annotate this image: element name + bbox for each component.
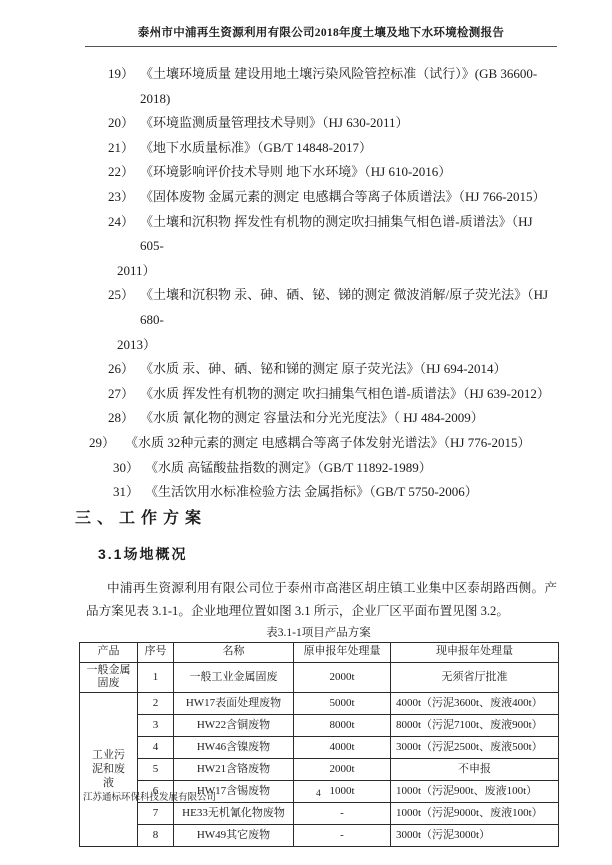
cell-seq: 7 bbox=[138, 803, 174, 825]
header-cell-name: 名称 bbox=[174, 642, 294, 662]
cell-seq: 1 bbox=[138, 662, 174, 693]
item-text: 《土壤环境质量 建设用地土壤污染风险管控标准（试行）》(GB 36600-201… bbox=[140, 62, 558, 111]
page-number: 4 bbox=[316, 789, 321, 799]
section-heading: 三、工作方案 bbox=[75, 509, 612, 529]
header-rule bbox=[85, 46, 557, 47]
item-text-continuation: 2013） bbox=[117, 333, 558, 358]
item-text: 《水质 氰化物的测定 容量法和分光光度法》（ HJ 484-2009） bbox=[140, 406, 558, 431]
reference-item: 25）《土壤和沉积物 汞、砷、硒、铋、锑的测定 微波消解/原子荧光法》（HJ 6… bbox=[86, 283, 558, 357]
item-number: 24） bbox=[108, 210, 140, 259]
cell-seq: 5 bbox=[138, 759, 174, 781]
cell-name: HW22含铜废物 bbox=[174, 715, 294, 737]
item-number: 31） bbox=[113, 480, 145, 505]
cell-orig: 4000t bbox=[294, 737, 391, 759]
cell-current: 不申报 bbox=[391, 759, 559, 781]
reference-item: 23）《固体废物 金属元素的测定 电感耦合等离子体质谱法》（HJ 766-201… bbox=[86, 185, 558, 210]
item-text: 《水质 汞、砷、硒、铋和锑的测定 原子荧光法》（HJ 694-2014） bbox=[140, 357, 558, 382]
body-paragraph: 中浦再生资源利用有限公司位于泰州市高港区胡庄镇工业集中区泰胡路西侧。产品方案见表… bbox=[86, 577, 557, 623]
page-header: 泰州市中浦再生资源利用有限公司2018年度土壤及地下水环境检测报告 bbox=[0, 0, 612, 47]
item-number: 25） bbox=[108, 283, 140, 332]
cell-name: HE33无机氰化物废物 bbox=[174, 803, 294, 825]
table-caption: 表3.1-1项目产品方案 bbox=[79, 626, 558, 641]
cell-orig: 5000t bbox=[294, 693, 391, 715]
item-number: 20） bbox=[108, 111, 140, 136]
item-text: 《环境监测质量管理技术导则》（HJ 630-2011） bbox=[140, 111, 558, 136]
table-row: 4 HW46含镍废物 4000t 3000t（污泥2500t、废液500t） bbox=[80, 737, 559, 759]
cell-name: HW21含铬废物 bbox=[174, 759, 294, 781]
header-cell-seq: 序号 bbox=[138, 642, 174, 662]
cell-seq: 4 bbox=[138, 737, 174, 759]
cell-orig: - bbox=[294, 803, 391, 825]
cell-current: 1000t（污泥900t、废液100t） bbox=[391, 781, 559, 803]
footer-company: 江苏通标环保科技发展有限公司 bbox=[83, 789, 216, 803]
item-number: 28） bbox=[108, 406, 140, 431]
item-number: 30） bbox=[113, 456, 145, 481]
cell-orig: - bbox=[294, 825, 391, 847]
cell-product-group: 工业污 泥和废 液 bbox=[80, 693, 138, 847]
table-row: 8 HW49其它废物 - 3000t（污泥3000t） bbox=[80, 825, 559, 847]
cell-seq: 2 bbox=[138, 693, 174, 715]
item-number: 27） bbox=[108, 382, 140, 407]
reference-item: 24）《土壤和沉积物 挥发性有机物的测定吹扫捕集气相色谱-质谱法》（HJ 605… bbox=[86, 210, 558, 284]
table-row: 3 HW22含铜废物 8000t 8000t（污泥7100t、废液900t） bbox=[80, 715, 559, 737]
cell-current: 8000t（污泥7100t、废液900t） bbox=[391, 715, 559, 737]
item-text: 《地下水质量标准》（GB/T 14848-2017） bbox=[140, 136, 558, 161]
reference-item: 29）《水质 32种元素的测定 电感耦合等离子体发射光谱法》（HJ 776-20… bbox=[86, 431, 558, 456]
reference-list: 19）《土壤环境质量 建设用地土壤污染风险管控标准（试行）》(GB 36600-… bbox=[86, 62, 558, 505]
subsection-heading: 3.1场地概况 bbox=[98, 545, 612, 563]
header-title: 泰州市中浦再生资源利用有限公司2018年度土壤及地下水环境检测报告 bbox=[85, 24, 557, 40]
cell-product-group: 一般金属 固废 bbox=[80, 662, 138, 693]
cell-current: 3000t（污泥3000t） bbox=[391, 825, 559, 847]
cell-current: 1000t（污泥9000t、废液100t） bbox=[391, 803, 559, 825]
item-text: 《环境影响评价技术导则 地下水环境》（HJ 610-2016） bbox=[140, 160, 558, 185]
cell-orig: 2000t bbox=[294, 662, 391, 693]
reference-item: 19）《土壤环境质量 建设用地土壤污染风险管控标准（试行）》(GB 36600-… bbox=[86, 62, 558, 111]
table-header-row: 产品 序号 名称 原申报年处理量 现申报年处理量 bbox=[80, 642, 559, 662]
reference-item: 26）《水质 汞、砷、硒、铋和锑的测定 原子荧光法》（HJ 694-2014） bbox=[86, 357, 558, 382]
table-row: 7 HE33无机氰化物废物 - 1000t（污泥9000t、废液100t） bbox=[80, 803, 559, 825]
cell-name: HW49其它废物 bbox=[174, 825, 294, 847]
table-row: 工业污 泥和废 液 2 HW17表面处理废物 5000t 4000t（污泥360… bbox=[80, 693, 559, 715]
item-text: 《固体废物 金属元素的测定 电感耦合等离子体质谱法》（HJ 766-2015） bbox=[140, 185, 558, 210]
reference-item: 20）《环境监测质量管理技术导则》（HJ 630-2011） bbox=[86, 111, 558, 136]
cell-name: HW46含镍废物 bbox=[174, 737, 294, 759]
item-text: 《生活饮用水标准检验方法 金属指标》（GB/T 5750-2006） bbox=[145, 480, 558, 505]
reference-item: 27）《水质 挥发性有机物的测定 吹扫捕集气相色谱-质谱法》（HJ 639-20… bbox=[86, 382, 558, 407]
document-page: 泰州市中浦再生资源利用有限公司2018年度土壤及地下水环境检测报告 19）《土壤… bbox=[0, 0, 612, 865]
item-number: 21） bbox=[108, 136, 140, 161]
cell-seq: 3 bbox=[138, 715, 174, 737]
reference-item: 21）《地下水质量标准》（GB/T 14848-2017） bbox=[86, 136, 558, 161]
item-number: 22） bbox=[108, 160, 140, 185]
item-text: 《土壤和沉积物 挥发性有机物的测定吹扫捕集气相色谱-质谱法》（HJ 605- bbox=[140, 210, 558, 259]
item-text-continuation: 2011） bbox=[117, 259, 558, 284]
cell-current: 3000t（污泥2500t、废液500t） bbox=[391, 737, 559, 759]
item-number: 29） bbox=[89, 431, 125, 456]
cell-current: 4000t（污泥3600t、废液400t） bbox=[391, 693, 559, 715]
product-table: 产品 序号 名称 原申报年处理量 现申报年处理量 一般金属 固废 1 一般工业金… bbox=[79, 642, 559, 848]
cell-name: HW17表面处理废物 bbox=[174, 693, 294, 715]
reference-item: 22）《环境影响评价技术导则 地下水环境》（HJ 610-2016） bbox=[86, 160, 558, 185]
item-number: 26） bbox=[108, 357, 140, 382]
table-row: 5 HW21含铬废物 2000t 不申报 bbox=[80, 759, 559, 781]
reference-item: 28）《水质 氰化物的测定 容量法和分光光度法》（ HJ 484-2009） bbox=[86, 406, 558, 431]
item-text: 《水质 高锰酸盐指数的测定》（GB/T 11892-1989） bbox=[145, 456, 558, 481]
reference-item: 31）《生活饮用水标准检验方法 金属指标》（GB/T 5750-2006） bbox=[86, 480, 558, 505]
item-text: 《土壤和沉积物 汞、砷、硒、铋、锑的测定 微波消解/原子荧光法》（HJ 680- bbox=[140, 283, 558, 332]
cell-orig: 2000t bbox=[294, 759, 391, 781]
header-cell-orig: 原申报年处理量 bbox=[294, 642, 391, 662]
header-cell-current: 现申报年处理量 bbox=[391, 642, 559, 662]
cell-name: 一般工业金属固废 bbox=[174, 662, 294, 693]
reference-item: 30）《水质 高锰酸盐指数的测定》（GB/T 11892-1989） bbox=[86, 456, 558, 481]
header-cell-product: 产品 bbox=[80, 642, 138, 662]
cell-orig: 1000t bbox=[294, 781, 391, 803]
item-number: 23） bbox=[108, 185, 140, 210]
item-text: 《水质 挥发性有机物的测定 吹扫捕集气相色谱-质谱法》（HJ 639-2012） bbox=[140, 382, 558, 407]
cell-current: 无须省厅批准 bbox=[391, 662, 559, 693]
table-row: 一般金属 固废 1 一般工业金属固废 2000t 无须省厅批准 bbox=[80, 662, 559, 693]
item-number: 19） bbox=[108, 62, 140, 111]
item-text: 《水质 32种元素的测定 电感耦合等离子体发射光谱法》（HJ 776-2015） bbox=[125, 431, 558, 456]
cell-seq: 8 bbox=[138, 825, 174, 847]
cell-orig: 8000t bbox=[294, 715, 391, 737]
